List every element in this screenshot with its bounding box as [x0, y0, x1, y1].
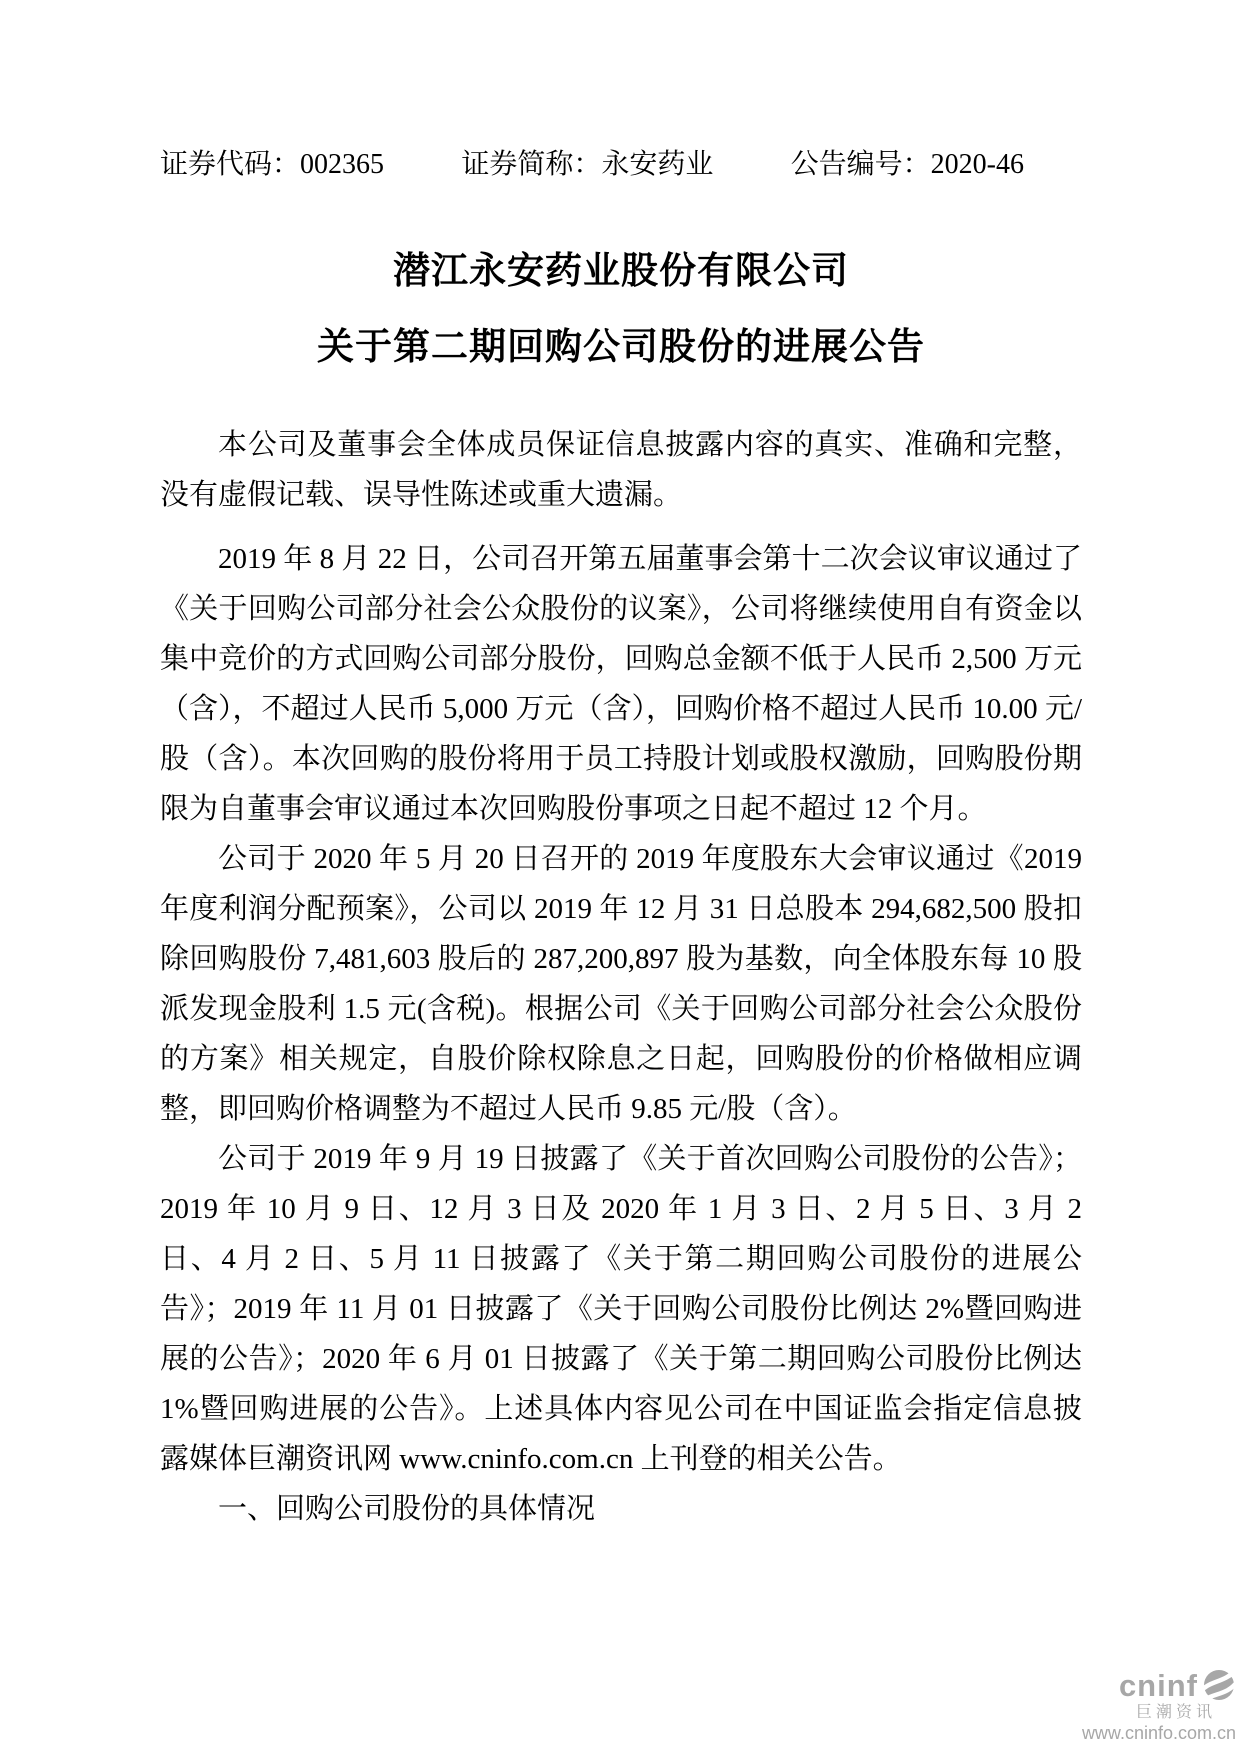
paragraph-dividend-adjustment: 公司于 2020 年 5 月 20 日召开的 2019 年度股东大会审议通过《2… [160, 834, 1082, 1134]
document-content: 证券代码：002365 证券简称：永安药业 公告编号：2020-46 潜江永安药… [160, 148, 1082, 1534]
document-body: 本公司及董事会全体成员保证信息披露内容的真实、准确和完整，没有虚假记载、误导性陈… [160, 420, 1082, 1534]
stock-name: 证券简称：永安药业 [461, 148, 713, 182]
announcement-title: 关于第二期回购公司股份的进展公告 [160, 324, 1082, 372]
cninfo-website: www.cninfo.com.cn [1082, 1724, 1236, 1742]
paragraph-buyback-plan: 2019 年 8 月 22 日，公司召开第五届董事会第十二次会议审议通过了《关于… [160, 534, 1082, 834]
stock-code: 证券代码：002365 [160, 148, 384, 182]
cninfo-chinese-name: 巨潮资讯 [1082, 1705, 1216, 1721]
cninfo-brand-text: cninf [1119, 1670, 1198, 1701]
document-header: 证券代码：002365 证券简称：永安药业 公告编号：2020-46 [160, 148, 1082, 182]
announcement-number: 公告编号：2020-46 [791, 148, 1082, 182]
cninfo-brand-row: cninf [1082, 1668, 1236, 1702]
section-heading: 一、回购公司股份的具体情况 [160, 1484, 1082, 1534]
document-page: 证券代码：002365 证券简称：永安药业 公告编号：2020-46 潜江永安药… [0, 0, 1241, 1754]
cninfo-swirl-icon [1202, 1668, 1236, 1702]
paragraph-disclosure-history: 公司于 2019 年 9 月 19 日披露了《关于首次回购公司股份的公告》；20… [160, 1134, 1082, 1484]
cninfo-watermark: cninf 巨潮资讯 www.cninfo.com.cn [1082, 1668, 1236, 1742]
company-title: 潜江永安药业股份有限公司 [160, 248, 1082, 296]
board-statement: 本公司及董事会全体成员保证信息披露内容的真实、准确和完整，没有虚假记载、误导性陈… [160, 420, 1082, 520]
